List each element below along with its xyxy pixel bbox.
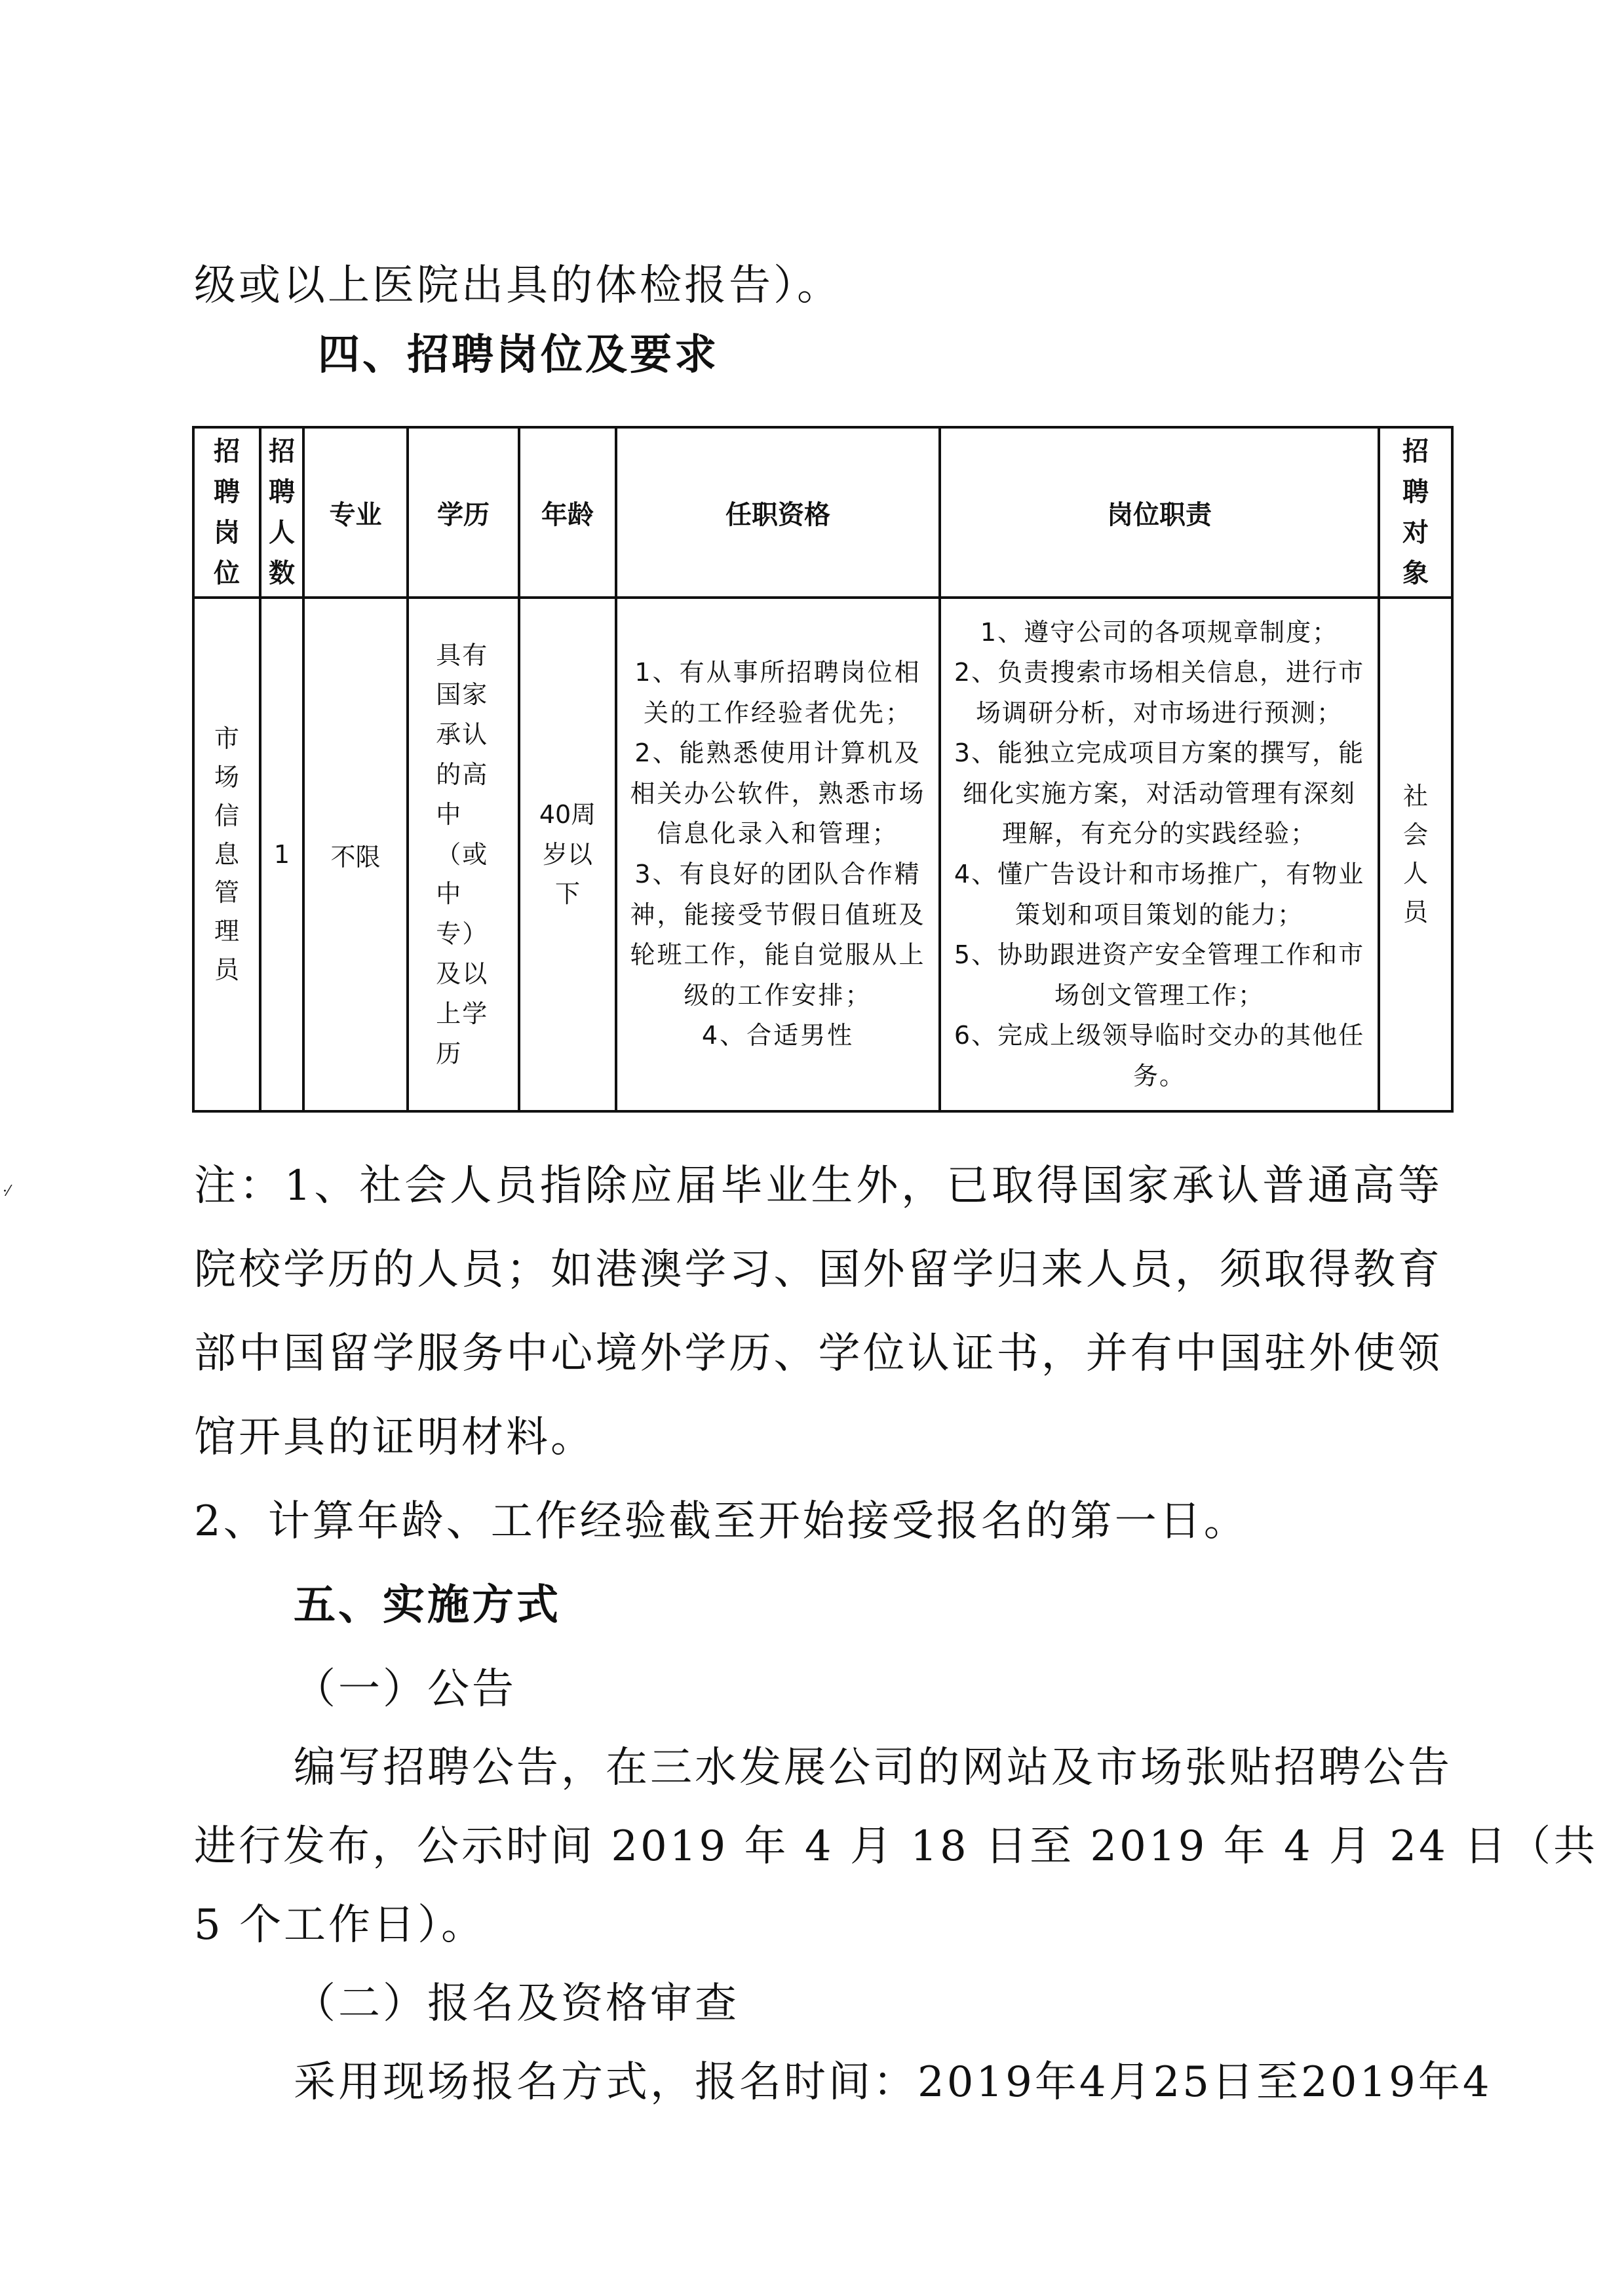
cell-education: 具有国家承认的高中（或中专）及以上学历 bbox=[408, 598, 519, 1111]
subsection-1-line-1: 编写招聘公告，在三水发展公司的网站及市场张贴招聘公告 bbox=[294, 1747, 1442, 1789]
header-qualifications: 任职资格 bbox=[616, 427, 940, 598]
table-header-row: 招聘岗位 招聘人数 专业 学历 年龄 任职资格 岗位职责 招聘对象 bbox=[193, 427, 1452, 598]
subsection-1-line-3: 5 个工作日）。 bbox=[194, 1904, 486, 1946]
cell-qualifications: 1、有从事所招聘岗位相关的工作经验者优先； 2、能熟悉使用计算机及相关办公软件，… bbox=[616, 598, 940, 1111]
cell-major: 不限 bbox=[303, 598, 408, 1111]
note-1-line-1: 注：1、社会人员指除应届毕业生外，已取得国家承认普通高等 bbox=[194, 1165, 1442, 1207]
header-headcount: 招聘人数 bbox=[260, 427, 303, 598]
subsection-2-line-1: 采用现场报名方式，报名时间：2019年4月25日至2019年4 bbox=[294, 2061, 1442, 2103]
duty-item: 2、负责搜索市场相关信息，进行市场调研分析，对市场进行预测； bbox=[950, 653, 1368, 733]
note-2: 2、计算年龄、工作经验截至开始接受报名的第一日。 bbox=[194, 1501, 1248, 1542]
header-duties: 岗位职责 bbox=[940, 427, 1379, 598]
qualification-item: 1、有从事所招聘岗位相关的工作经验者优先； bbox=[627, 653, 929, 733]
header-target: 招聘对象 bbox=[1379, 427, 1452, 598]
qualification-item: 3、有良好的团队合作精神，能接受节假日值班及轮班工作，能自觉服从上级的工作安排； bbox=[627, 854, 929, 1016]
duty-item: 3、能独立完成项目方案的撰写，能细化实施方案，对活动管理有深刻理解，有充分的实践… bbox=[950, 733, 1368, 854]
duty-item: 1、遵守公司的各项规章制度； bbox=[950, 613, 1368, 653]
note-1-line-2: 院校学历的人员；如港澳学习、国外留学归来人员，须取得教育 bbox=[194, 1249, 1442, 1291]
subsection-1-heading: （一）公告 bbox=[294, 1668, 516, 1710]
cell-position: 市场信息管理员 bbox=[193, 598, 260, 1111]
subsection-2-heading: （二）报名及资格审查 bbox=[294, 1983, 739, 2025]
qualification-item: 4、合适男性 bbox=[627, 1016, 929, 1056]
subsection-1-line-2: 进行发布，公示时间 2019 年 4 月 18 日至 2019 年 4 月 24… bbox=[194, 1826, 1442, 1867]
duty-item: 4、懂广告设计和市场推广，有物业策划和项目策划的能力； bbox=[950, 854, 1368, 935]
note-1-line-4: 馆开具的证明材料。 bbox=[194, 1417, 595, 1459]
cell-headcount: 1 bbox=[260, 598, 303, 1111]
qualification-item: 2、能熟悉使用计算机及相关办公软件，熟悉市场信息化录入和管理； bbox=[627, 733, 929, 854]
header-age: 年龄 bbox=[519, 427, 616, 598]
previous-paragraph-tail: 级或以上医院出具的体检报告）。 bbox=[194, 265, 841, 307]
duty-item: 6、完成上级领导临时交办的其他任务。 bbox=[950, 1016, 1368, 1096]
table-row: 市场信息管理员 1 不限 具有国家承认的高中（或中专）及以上学历 40周岁以下 … bbox=[193, 598, 1452, 1111]
note-1-line-3: 部中国留学服务中心境外学历、学位认证书，并有中国驻外使领 bbox=[194, 1333, 1442, 1375]
section-5-heading: 五、实施方式 bbox=[294, 1584, 561, 1626]
scan-artifact-mark: ·⁄ bbox=[3, 1183, 10, 1200]
section-4-heading: 四、招聘岗位及要求 bbox=[318, 334, 719, 376]
header-major: 专业 bbox=[303, 427, 408, 598]
cell-duties: 1、遵守公司的各项规章制度； 2、负责搜索市场相关信息，进行市场调研分析，对市场… bbox=[940, 598, 1379, 1111]
header-education: 学历 bbox=[408, 427, 519, 598]
cell-target: 社会人员 bbox=[1379, 598, 1452, 1111]
duty-item: 5、协助跟进资产安全管理工作和市场创文管理工作； bbox=[950, 935, 1368, 1016]
header-position: 招聘岗位 bbox=[193, 427, 260, 598]
cell-age: 40周岁以下 bbox=[519, 598, 616, 1111]
recruitment-positions-table: 招聘岗位 招聘人数 专业 学历 年龄 任职资格 岗位职责 招聘对象 市场信息管理… bbox=[192, 426, 1454, 1113]
